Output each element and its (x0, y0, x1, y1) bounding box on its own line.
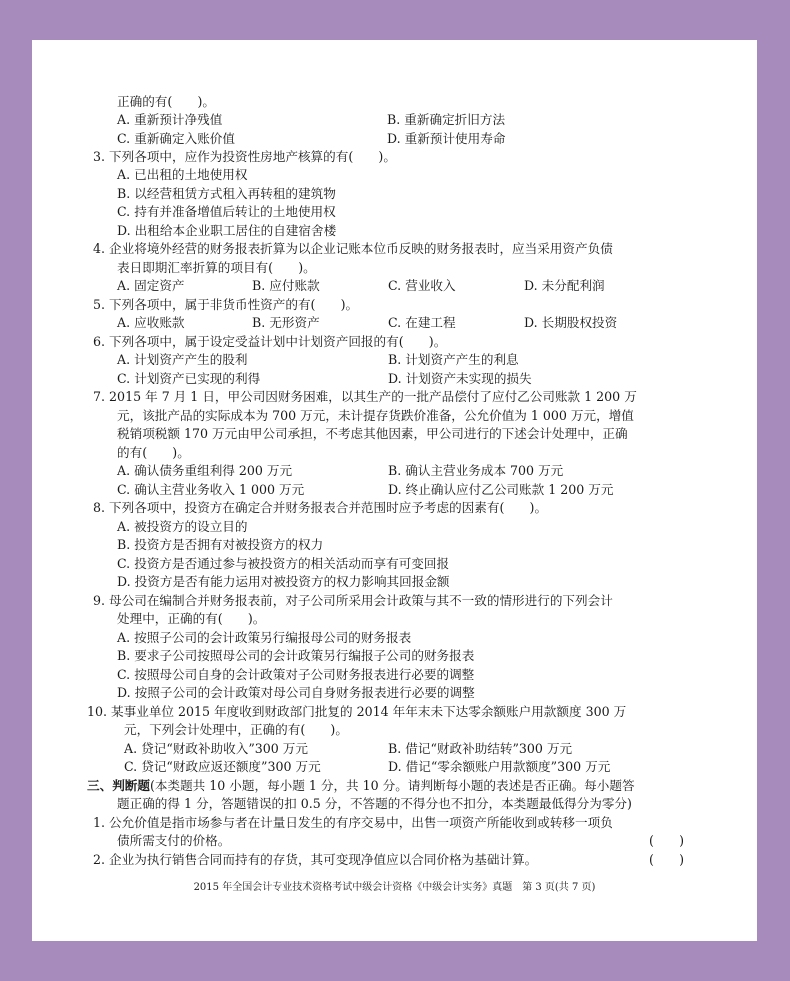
tf2-answer-blank[interactable]: ( ) (649, 852, 684, 868)
option-text: 重新预计净残值 (134, 112, 222, 127)
option-text: 应付账款 (269, 278, 319, 293)
option-text: 营业收入 (405, 278, 455, 293)
option-text: 在建工程 (405, 315, 455, 330)
q7-option-b: B. 确认主营业务成本 700 万元 (388, 463, 563, 479)
option-text: 计划资产未实现的损失 (406, 371, 532, 386)
question-text: 下列各项中，属于非货币性资产的有( )。 (109, 297, 358, 312)
option-label: D. (388, 759, 402, 774)
option-text: 确认债务重组利得 200 万元 (134, 463, 292, 478)
q4-stem-line-1: 4. 企业将境外经营的财务报表折算为以企业记账本位币反映的财务报表时，应当采用资… (93, 241, 613, 257)
option-label: B. (388, 741, 401, 756)
q8-option-d: D. 投资方是否有能力运用对被投资方的权力影响其回报金额 (117, 574, 450, 590)
q2-option-d: D. 重新预计使用寿命 (387, 131, 505, 147)
option-text: 重新确定折旧方法 (404, 112, 505, 127)
option-text: 投资方是否拥有对被投资方的权力 (134, 537, 323, 552)
option-label: B. (117, 648, 130, 663)
q6-option-a: A. 计划资产产生的股利 (117, 352, 247, 368)
option-text: 长期股权投资 (542, 315, 618, 330)
option-text: 贷记“财政补助收入”300 万元 (141, 741, 308, 756)
option-text: 已出租的土地使用权 (134, 167, 247, 182)
option-label: B. (387, 112, 400, 127)
option-label: D. (524, 278, 538, 293)
question-number: 1. (93, 815, 105, 830)
q8-stem: 8. 下列各项中，投资方在确定合并财务报表合并范围时应予考虑的因素有( )。 (93, 500, 547, 516)
option-label: C. (117, 667, 130, 682)
question-text: 2015 年 7 月 1 日，甲公司因财务困难，以其生产的一批产品偿付了应付乙公… (109, 389, 637, 404)
option-label: D. (387, 131, 401, 146)
q8-option-a: A. 被投资方的设立目的 (117, 519, 247, 535)
option-label: B. (252, 315, 265, 330)
option-text: 计划资产产生的利息 (405, 352, 518, 367)
q9-option-d: D. 按照子公司的会计政策对母公司自身财务报表进行必要的调整 (117, 685, 475, 701)
question-number: 10. (87, 704, 107, 719)
q7-stem-line-1: 7. 2015 年 7 月 1 日，甲公司因财务困难，以其生产的一批产品偿付了应… (93, 389, 637, 405)
option-text: 计划资产产生的股利 (134, 352, 247, 367)
q7-stem-line-4: 的有( )。 (117, 445, 190, 461)
question-text: 下列各项中，属于设定受益计划中计划资产回报的有( )。 (109, 334, 446, 349)
section-title: 判断题 (112, 778, 150, 793)
option-label: A. (117, 352, 130, 367)
option-text: 投资方是否通过参与被投资方的相关活动而享有可变回报 (134, 556, 449, 571)
q8-option-b: B. 投资方是否拥有对被投资方的权力 (117, 537, 323, 553)
q9-stem-line-1: 9. 母公司在编制合并财务报表前，对子公司所采用会计政策与其不一致的情形进行的下… (93, 593, 613, 609)
option-text: 未分配利润 (542, 278, 605, 293)
option-text: 出租给本企业职工居住的自建宿舍楼 (135, 223, 337, 238)
q4-option-b: B. 应付账款 (252, 278, 320, 294)
q2-option-a: A. 重新预计净残值 (117, 112, 222, 128)
option-label: C. (117, 556, 130, 571)
option-label: D. (524, 315, 538, 330)
q7-stem-line-3: 税销项税额 170 万元由甲公司承担，不考虑其他因素，甲公司进行的下述会计处理中… (117, 426, 628, 442)
option-label: A. (117, 278, 130, 293)
tf1-stem-line-1: 1. 公允价值是指市场参与者在计量日发生的有序交易中，出售一项资产所能收到或转移… (93, 815, 613, 831)
question-text: 企业将境外经营的财务报表折算为以企业记账本位币反映的财务报表时，应当采用资产负债 (109, 241, 613, 256)
section-3-header: 三、判断题(本类题共 10 小题，每小题 1 分，共 10 分。请判断每小题的表… (87, 778, 635, 794)
q3-option-b: B. 以经营租赁方式租入再转租的建筑物 (117, 186, 336, 202)
question-number: 9. (93, 593, 105, 608)
option-label: B. (388, 463, 401, 478)
option-text: 确认主营业务收入 1 000 万元 (134, 482, 304, 497)
q5-option-c: C. 在建工程 (388, 315, 456, 331)
question-text: 企业为执行销售合同而持有的存货，其可变现净值应以合同价格为基础计算。 (109, 852, 537, 867)
question-number: 4. (93, 241, 105, 256)
q6-option-d: D. 计划资产未实现的损失 (388, 371, 532, 387)
option-label: C. (117, 131, 130, 146)
option-text: 固定资产 (134, 278, 184, 293)
q9-stem-line-2: 处理中，正确的有( )。 (117, 611, 265, 627)
q2-option-b: B. 重新确定折旧方法 (387, 112, 505, 128)
option-label: B. (117, 186, 130, 201)
q10-option-a: A. 贷记“财政补助收入”300 万元 (124, 741, 308, 757)
option-text: 持有并准备增值后转让的土地使用权 (134, 204, 336, 219)
section-3-description-line-2: 题正确的得 1 分，答题错误的扣 0.5 分，不答题的不得分也不扣分，本类题最低… (117, 796, 632, 812)
q7-stem-line-2: 元，该批产品的实际成本为 700 万元，未计提存货跌价准备，公允价值为 1 00… (117, 408, 634, 424)
option-text: 投资方是否有能力运用对被投资方的权力影响其回报金额 (135, 574, 450, 589)
option-label: C. (124, 759, 137, 774)
q6-option-b: B. 计划资产产生的利息 (388, 352, 519, 368)
option-label: B. (388, 352, 401, 367)
tf1-stem-line-2: 债所需支付的价格。 (117, 833, 230, 849)
q7-option-c: C. 确认主营业务收入 1 000 万元 (117, 482, 304, 498)
option-text: 贷记“财政应返还额度”300 万元 (141, 759, 320, 774)
question-text: 下列各项中，应作为投资性房地产核算的有( )。 (109, 149, 396, 164)
option-text: 借记“零余额账户用款额度”300 万元 (406, 759, 611, 774)
question-number: 7. (93, 389, 105, 404)
option-label: C. (117, 371, 130, 386)
option-label: A. (117, 630, 130, 645)
question-number: 3. (93, 149, 105, 164)
q10-option-c: C. 贷记“财政应返还额度”300 万元 (124, 759, 321, 775)
option-text: 按照母公司自身的会计政策对子公司财务报表进行必要的调整 (134, 667, 474, 682)
option-label: A. (117, 315, 130, 330)
option-text: 按照子公司的会计政策对母公司自身财务报表进行必要的调整 (135, 685, 475, 700)
option-label: B. (117, 537, 130, 552)
tf1-answer-blank[interactable]: ( ) (649, 833, 684, 849)
q7-option-d: D. 终止确认应付乙公司账款 1 200 万元 (388, 482, 613, 498)
option-text: 被投资方的设立目的 (134, 519, 247, 534)
option-text: 按照子公司的会计政策另行编报母公司的财务报表 (134, 630, 411, 645)
q10-stem-line-2: 元，下列会计处理中，正确的有( )。 (124, 722, 348, 738)
question-text: 某事业单位 2015 年度收到财政部门批复的 2014 年年末未下达零余额账户用… (111, 704, 626, 719)
q9-option-b: B. 要求子公司按照母公司的会计政策另行编报子公司的财务报表 (117, 648, 474, 664)
question-text: 公允价值是指市场参与者在计量日发生的有序交易中，出售一项资产所能收到或转移一项负 (109, 815, 613, 830)
section-prefix: 三、 (87, 778, 112, 793)
q10-stem-line-1: 10. 某事业单位 2015 年度收到财政部门批复的 2014 年年末未下达零余… (87, 704, 626, 720)
q4-option-d: D. 未分配利润 (524, 278, 605, 294)
q4-option-c: C. 营业收入 (388, 278, 456, 294)
q3-option-a: A. 已出租的土地使用权 (117, 167, 247, 183)
option-text: 重新确定入账价值 (134, 131, 235, 146)
option-text: 计划资产已实现的利得 (134, 371, 260, 386)
option-label: D. (117, 685, 131, 700)
option-label: A. (117, 463, 130, 478)
q8-option-c: C. 投资方是否通过参与被投资方的相关活动而享有可变回报 (117, 556, 449, 572)
q5-option-b: B. 无形资产 (252, 315, 320, 331)
q4-stem-line-2: 表日即期汇率折算的项目有( )。 (117, 260, 316, 276)
q5-stem: 5. 下列各项中，属于非货币性资产的有( )。 (93, 297, 358, 313)
option-label: C. (388, 315, 401, 330)
question-number: 8. (93, 500, 105, 515)
q5-option-a: A. 应收账款 (117, 315, 185, 331)
q6-stem: 6. 下列各项中，属于设定受益计划中计划资产回报的有( )。 (93, 334, 446, 350)
option-label: D. (117, 223, 131, 238)
q9-option-a: A. 按照子公司的会计政策另行编报母公司的财务报表 (117, 630, 411, 646)
option-label: A. (117, 112, 130, 127)
question-text: 母公司在编制合并财务报表前，对子公司所采用会计政策与其不一致的情形进行的下列会计 (109, 593, 613, 608)
option-label: B. (252, 278, 265, 293)
page-footer: 2015 年全国会计专业技术资格考试中级会计资格《中级会计实务》真题 第 3 页… (32, 878, 757, 893)
question-number: 5. (93, 297, 105, 312)
option-text: 要求子公司按照母公司的会计政策另行编报子公司的财务报表 (134, 648, 474, 663)
question-number: 6. (93, 334, 105, 349)
q6-option-c: C. 计划资产已实现的利得 (117, 371, 260, 387)
option-text: 终止确认应付乙公司账款 1 200 万元 (406, 482, 614, 497)
option-text: 借记“财政补助结转”300 万元 (405, 741, 572, 756)
question-text: 下列各项中，投资方在确定合并财务报表合并范围时应予考虑的因素有( )。 (109, 500, 547, 515)
q3-stem: 3. 下列各项中，应作为投资性房地产核算的有( )。 (93, 149, 396, 165)
question-number: 2. (93, 852, 105, 867)
option-label: D. (117, 574, 131, 589)
option-label: A. (117, 519, 130, 534)
option-label: C. (117, 482, 130, 497)
option-label: C. (388, 278, 401, 293)
option-text: 无形资产 (269, 315, 319, 330)
q3-option-c: C. 持有并准备增值后转让的土地使用权 (117, 204, 336, 220)
tf2-stem: 2. 企业为执行销售合同而持有的存货，其可变现净值应以合同价格为基础计算。 (93, 852, 537, 868)
q2-option-c: C. 重新确定入账价值 (117, 131, 235, 147)
q5-option-d: D. 长期股权投资 (524, 315, 617, 331)
option-text: 应收账款 (134, 315, 184, 330)
exam-page: 正确的有( )。 A. 重新预计净残值 B. 重新确定折旧方法 C. 重新确定入… (32, 40, 757, 941)
section-description: (本类题共 10 小题，每小题 1 分，共 10 分。请判断每小题的表述是否正确… (150, 778, 635, 793)
q9-option-c: C. 按照母公司自身的会计政策对子公司财务报表进行必要的调整 (117, 667, 474, 683)
q2-stem-continuation: 正确的有( )。 (117, 94, 215, 110)
option-text: 确认主营业务成本 700 万元 (405, 463, 563, 478)
q3-option-d: D. 出租给本企业职工居住的自建宿舍楼 (117, 223, 336, 239)
q4-option-a: A. 固定资产 (117, 278, 185, 294)
option-label: A. (117, 167, 130, 182)
option-label: D. (388, 371, 402, 386)
option-label: D. (388, 482, 402, 497)
q10-option-b: B. 借记“财政补助结转”300 万元 (388, 741, 572, 757)
option-text: 重新预计使用寿命 (405, 131, 506, 146)
option-label: C. (117, 204, 130, 219)
q10-option-d: D. 借记“零余额账户用款额度”300 万元 (388, 759, 610, 775)
q7-option-a: A. 确认债务重组利得 200 万元 (117, 463, 292, 479)
option-label: A. (124, 741, 137, 756)
option-text: 以经营租赁方式租入再转租的建筑物 (134, 186, 336, 201)
